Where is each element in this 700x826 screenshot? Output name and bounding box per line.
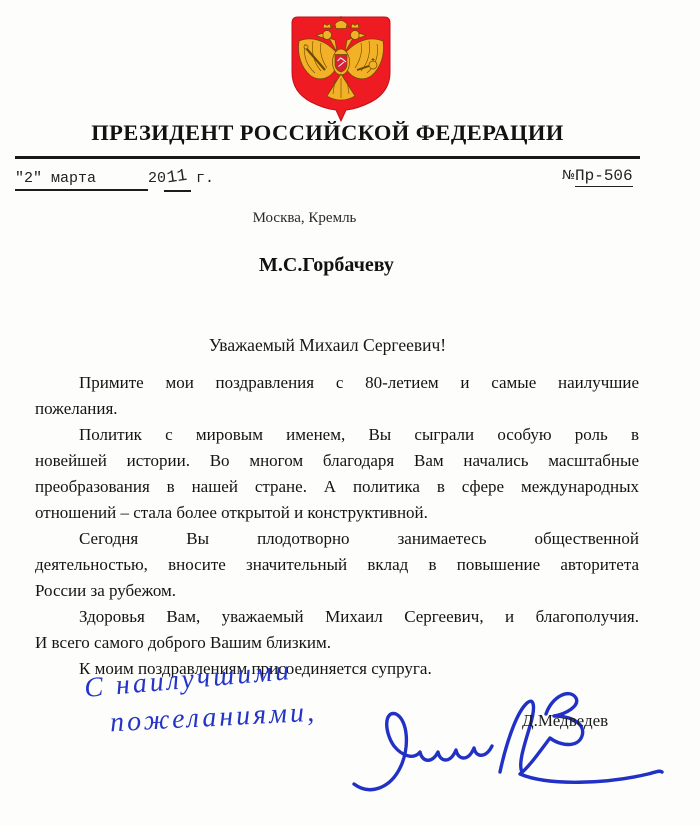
paragraph: Сегодня Вы плодотворно занимаетесь общес… [35,526,639,604]
line: Политик с мировым именем, Вы сыграли осо… [35,422,639,448]
line: Примите мои поздравления с 80-летием и с… [35,370,639,396]
date-day: "2" [15,170,42,187]
letterhead-title: ПРЕЗИДЕНТ РОССИЙСКОЙ ФЕДЕРАЦИИ [15,120,640,146]
scanned-letter-page: ПРЕЗИДЕНТ РОССИЙСКОЙ ФЕДЕРАЦИИ "2" марта… [0,0,700,826]
date-year-handwritten: 11 [166,167,189,189]
date-month: марта [51,170,96,187]
russia-coat-of-arms-icon [291,16,391,122]
line: новейшей истории. Во многом благодаря Ва… [35,448,639,474]
addressee: М.С.Горбачеву [259,254,394,277]
letterhead-rule [15,156,640,159]
date-year-underline: 11 [164,169,191,192]
line: России за рубежом. [35,578,639,604]
document-number-value: Пр-506 [575,167,633,187]
line: деятельностью, вносите значительный вкла… [35,552,639,578]
numero-sign: № [562,167,575,182]
paragraph: Здоровья Вам, уважаемый Михаил Сергеевич… [35,604,639,656]
line: И всего самого доброго Вашим близким. [35,630,639,656]
line: отношений – стала более открытой и конст… [35,500,639,526]
date-era: г. [196,170,214,189]
letter-body: Примите мои поздравления с 80-летием и с… [35,370,639,682]
paragraph: Примите мои поздравления с 80-летием и с… [35,370,639,422]
date-line: "2" марта2011г. [15,169,214,193]
document-number: №Пр-506 [562,167,633,185]
line: Здоровья Вам, уважаемый Михаил Сергеевич… [35,604,639,630]
signature-medvedev-icon [348,684,668,804]
line: преобразования в нашей стране. А политик… [35,474,639,500]
line: пожелания. [35,396,639,422]
place-line: Москва, Кремль [0,210,617,227]
paragraph: Политик с мировым именем, Вы сыграли осо… [35,422,639,526]
line: Сегодня Вы плодотворно занимаетесь общес… [35,526,639,552]
date-day-month: "2" марта [15,170,148,191]
signed-name: Д.Медведев [522,711,608,731]
salutation: Уважаемый Михаил Сергеевич! [15,335,640,356]
handwritten-note-line2: пожеланиями, [109,697,317,740]
